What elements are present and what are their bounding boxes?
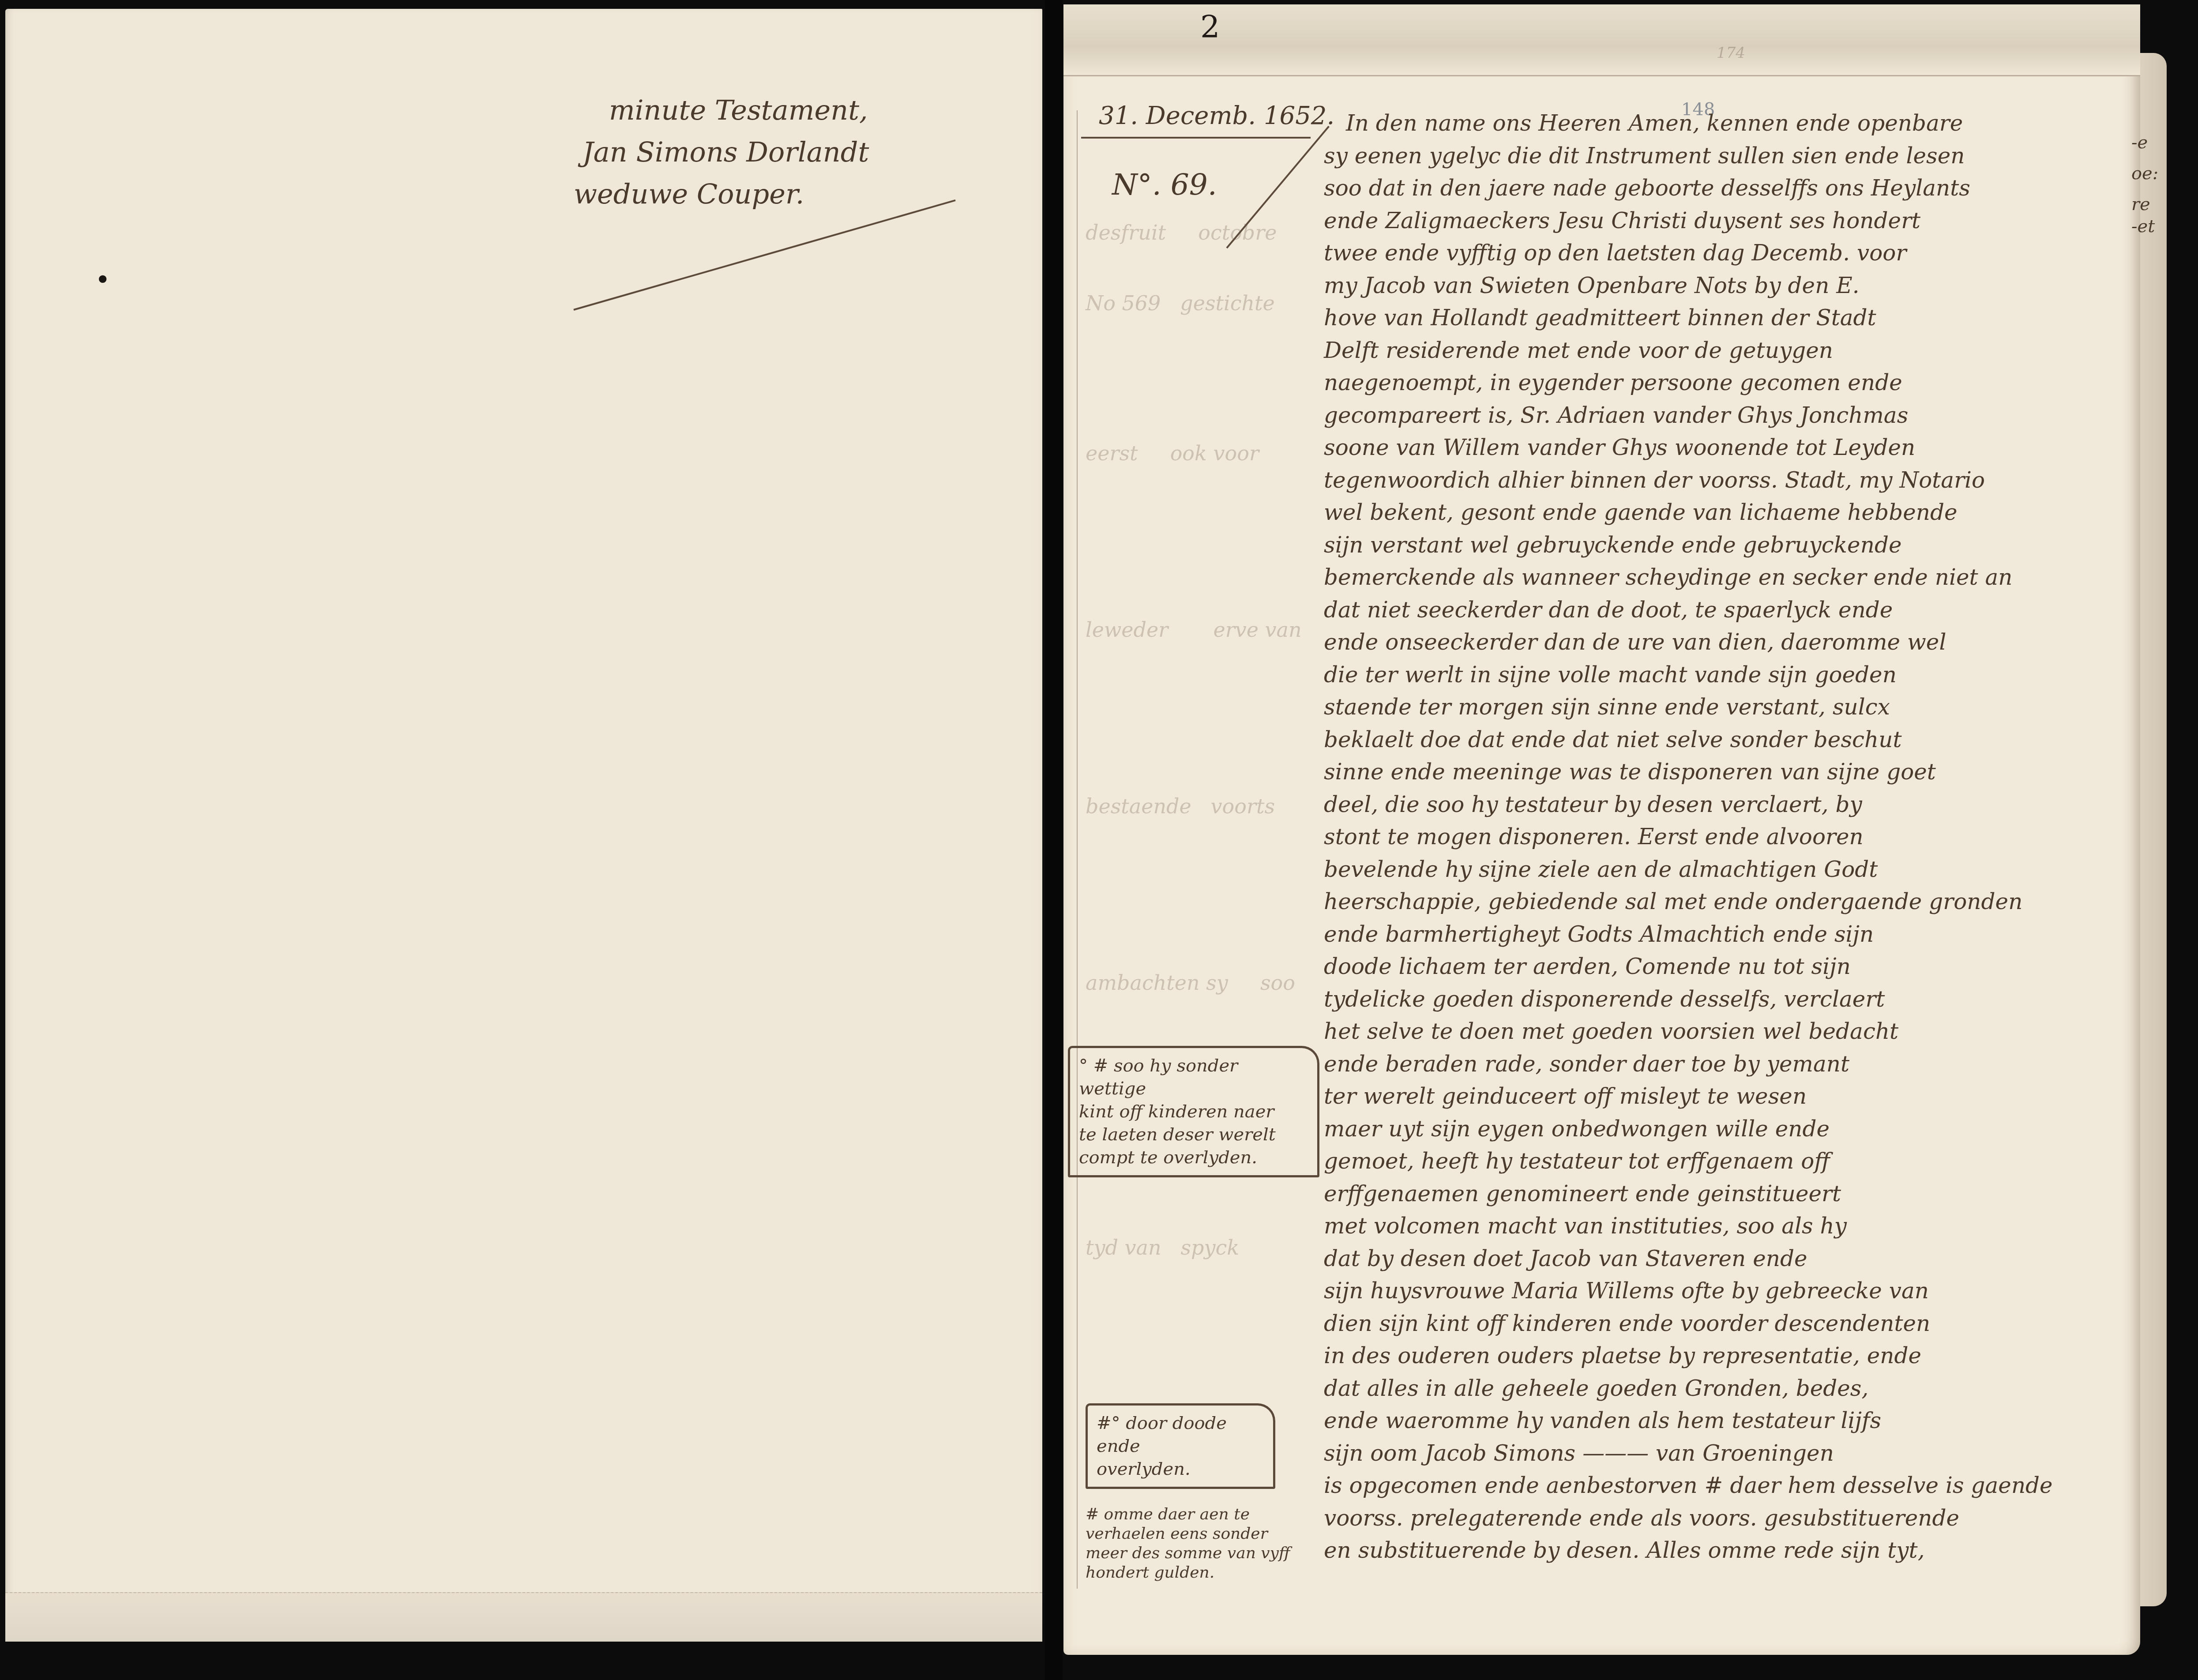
edge-fragment: -e [2131, 132, 2148, 153]
margin-note-2: #° door doode ende overlyden. [1086, 1403, 1275, 1489]
margin-note-1-line: compt te overlyden. [1079, 1146, 1308, 1169]
body-line: beklaelt doe dat ende dat niet selve son… [1324, 727, 1902, 752]
edge-fragment: oe: [2131, 163, 2158, 184]
date-underline [1081, 137, 1311, 139]
body-line: dat alles in alle geheele goeden Gronden… [1324, 1376, 1868, 1401]
body-line: tegenwoordich alhier binnen der voorss. … [1324, 467, 1985, 493]
body-line: die ter werlt in sijne volle macht vande… [1324, 662, 1897, 688]
body-line: is opgecomen ende aenbestorven # daer he… [1324, 1473, 2053, 1498]
body-line: twee ende vyfftig op den laetsten dag De… [1324, 240, 1906, 266]
body-line: ende waeromme hy vanden als hem testateu… [1324, 1408, 1881, 1433]
body-line: stont te mogen disponeren. Eerst ende al… [1324, 824, 1864, 849]
body-line: gemoet, heeft hy testateur tot erffgenae… [1324, 1148, 1830, 1174]
margin-note-1-line: te laeten deser werelt [1079, 1123, 1308, 1146]
body-line: het selve te doen met goeden voorsien we… [1324, 1019, 1898, 1044]
edge-fragment: -et [2131, 216, 2155, 237]
body-line: In den name ons Heeren Amen, kennen ende… [1346, 110, 1963, 136]
margin-note-3-line: hondert gulden. [1086, 1563, 1290, 1582]
body-line: gecompareert is, Sr. Adriaen vander Ghys… [1324, 402, 1908, 428]
body-line: ende barmhertigheyt Godts Almachtich end… [1324, 921, 1874, 947]
body-line: sijn verstant wel gebruyckende ende gebr… [1324, 532, 1901, 558]
margin-note-3-line: verhaelen eens sonder [1086, 1524, 1290, 1544]
body-line: ter werelt geinduceert off misleyt te we… [1324, 1083, 1807, 1109]
body-line: met volcomen macht van instituties, soo … [1324, 1213, 1847, 1239]
body-line: hove van Hollandt geadmitteert binnen de… [1324, 305, 1876, 331]
margin-note-1-line: ° # soo hy sonder wettige [1079, 1054, 1308, 1100]
margin-note-2-line: #° door doode ende [1097, 1412, 1264, 1458]
body-line: sijn oom Jacob Simons ——— van Groeningen [1324, 1440, 1834, 1466]
book-spine [1045, 0, 1063, 1680]
body-line: heerschappie, gebiedende sal met ende on… [1324, 889, 2022, 914]
left-title-line-2: Jan Simons Dorlandt [582, 132, 869, 172]
body-line: soo dat in den jaere nade geboorte desse… [1324, 175, 1970, 201]
body-line: erffgenaemen genomineert ende geinstitue… [1324, 1181, 1841, 1206]
body-line: sijn huysvrouwe Maria Willems ofte by ge… [1324, 1278, 1929, 1304]
body-line: voorss. prelegaterende ende als voors. g… [1324, 1505, 1959, 1531]
folio-number: 2 [1200, 9, 1220, 45]
left-margin-line [1077, 110, 1078, 1589]
margin-note-3-line: # omme daer aen te [1086, 1505, 1290, 1524]
body-line: en substituerende by desen. Alles omme r… [1324, 1537, 1925, 1563]
edge-fragment: re [2131, 194, 2150, 214]
body-line: wel bekent, gesont ende gaende van licha… [1324, 500, 1958, 525]
body-line: dien sijn kint off kinderen ende voorder… [1324, 1311, 1930, 1336]
body-line: dat niet seeckerder dan de doot, te spae… [1324, 597, 1893, 623]
margin-note-3-line: meer des somme van vyff [1086, 1544, 1290, 1563]
body-line: maer uyt sijn eygen onbedwongen wille en… [1324, 1116, 1830, 1142]
body-line: soone van Willem vander Ghys woonende to… [1324, 435, 1915, 460]
left-title-line-1: minute Testament, [609, 90, 868, 130]
body-line: bevelende hy sijne ziele aen de almachti… [1324, 857, 1878, 882]
body-line: doode lichaem ter aerden, Comende nu tot… [1324, 954, 1851, 979]
right-page-top-strip [1063, 4, 2140, 76]
faint-folio-number: 174 [1717, 44, 1745, 62]
body-line: sy eenen ygelyc die dit Instrument sulle… [1324, 143, 1965, 169]
body-line: staende ter morgen sijn sinne ende verst… [1324, 694, 1890, 720]
margin-note-1-line: kint off kinderen naer [1079, 1100, 1308, 1123]
left-title-line-3: weduwe Couper. [574, 174, 804, 214]
document-date: 31. Decemb. 1652. [1099, 101, 1334, 130]
body-line: tydelicke goeden disponerende desselfs, … [1324, 986, 1885, 1012]
document-number: N°. 69. [1112, 168, 1217, 202]
body-line: my Jacob van Swieten Openbare Nots by de… [1324, 273, 1860, 298]
body-line: sinne ende meeninge was te disponeren va… [1324, 759, 1936, 785]
body-line: Delft residerende met ende voor de getuy… [1324, 338, 1833, 363]
body-line: dat by desen doet Jacob van Staveren end… [1324, 1246, 1807, 1271]
body-line: deel, die soo hy testateur by desen verc… [1324, 792, 1862, 817]
body-line: ende onseeckerder dan de ure van dien, d… [1324, 629, 1946, 655]
margin-note-2-line: overlyden. [1097, 1458, 1264, 1481]
left-page-torn-edge [5, 1592, 1042, 1642]
margin-note-3: # omme daer aen te verhaelen eens sonder… [1086, 1505, 1290, 1582]
margin-note-1: ° # soo hy sonder wettige kint off kinde… [1068, 1046, 1319, 1177]
ink-dot: • [95, 265, 110, 296]
body-line: ende beraden rade, sonder daer toe by ye… [1324, 1051, 1849, 1077]
left-page [5, 9, 1042, 1642]
body-line: in des ouderen ouders plaetse by represe… [1324, 1343, 1921, 1368]
body-line: ende Zaligmaeckers Jesu Christi duysent … [1324, 208, 1920, 233]
body-line: bemerckende als wanneer scheydinge en se… [1324, 564, 2013, 590]
body-line: naegenoempt, in eygender persoone gecome… [1324, 370, 1902, 395]
